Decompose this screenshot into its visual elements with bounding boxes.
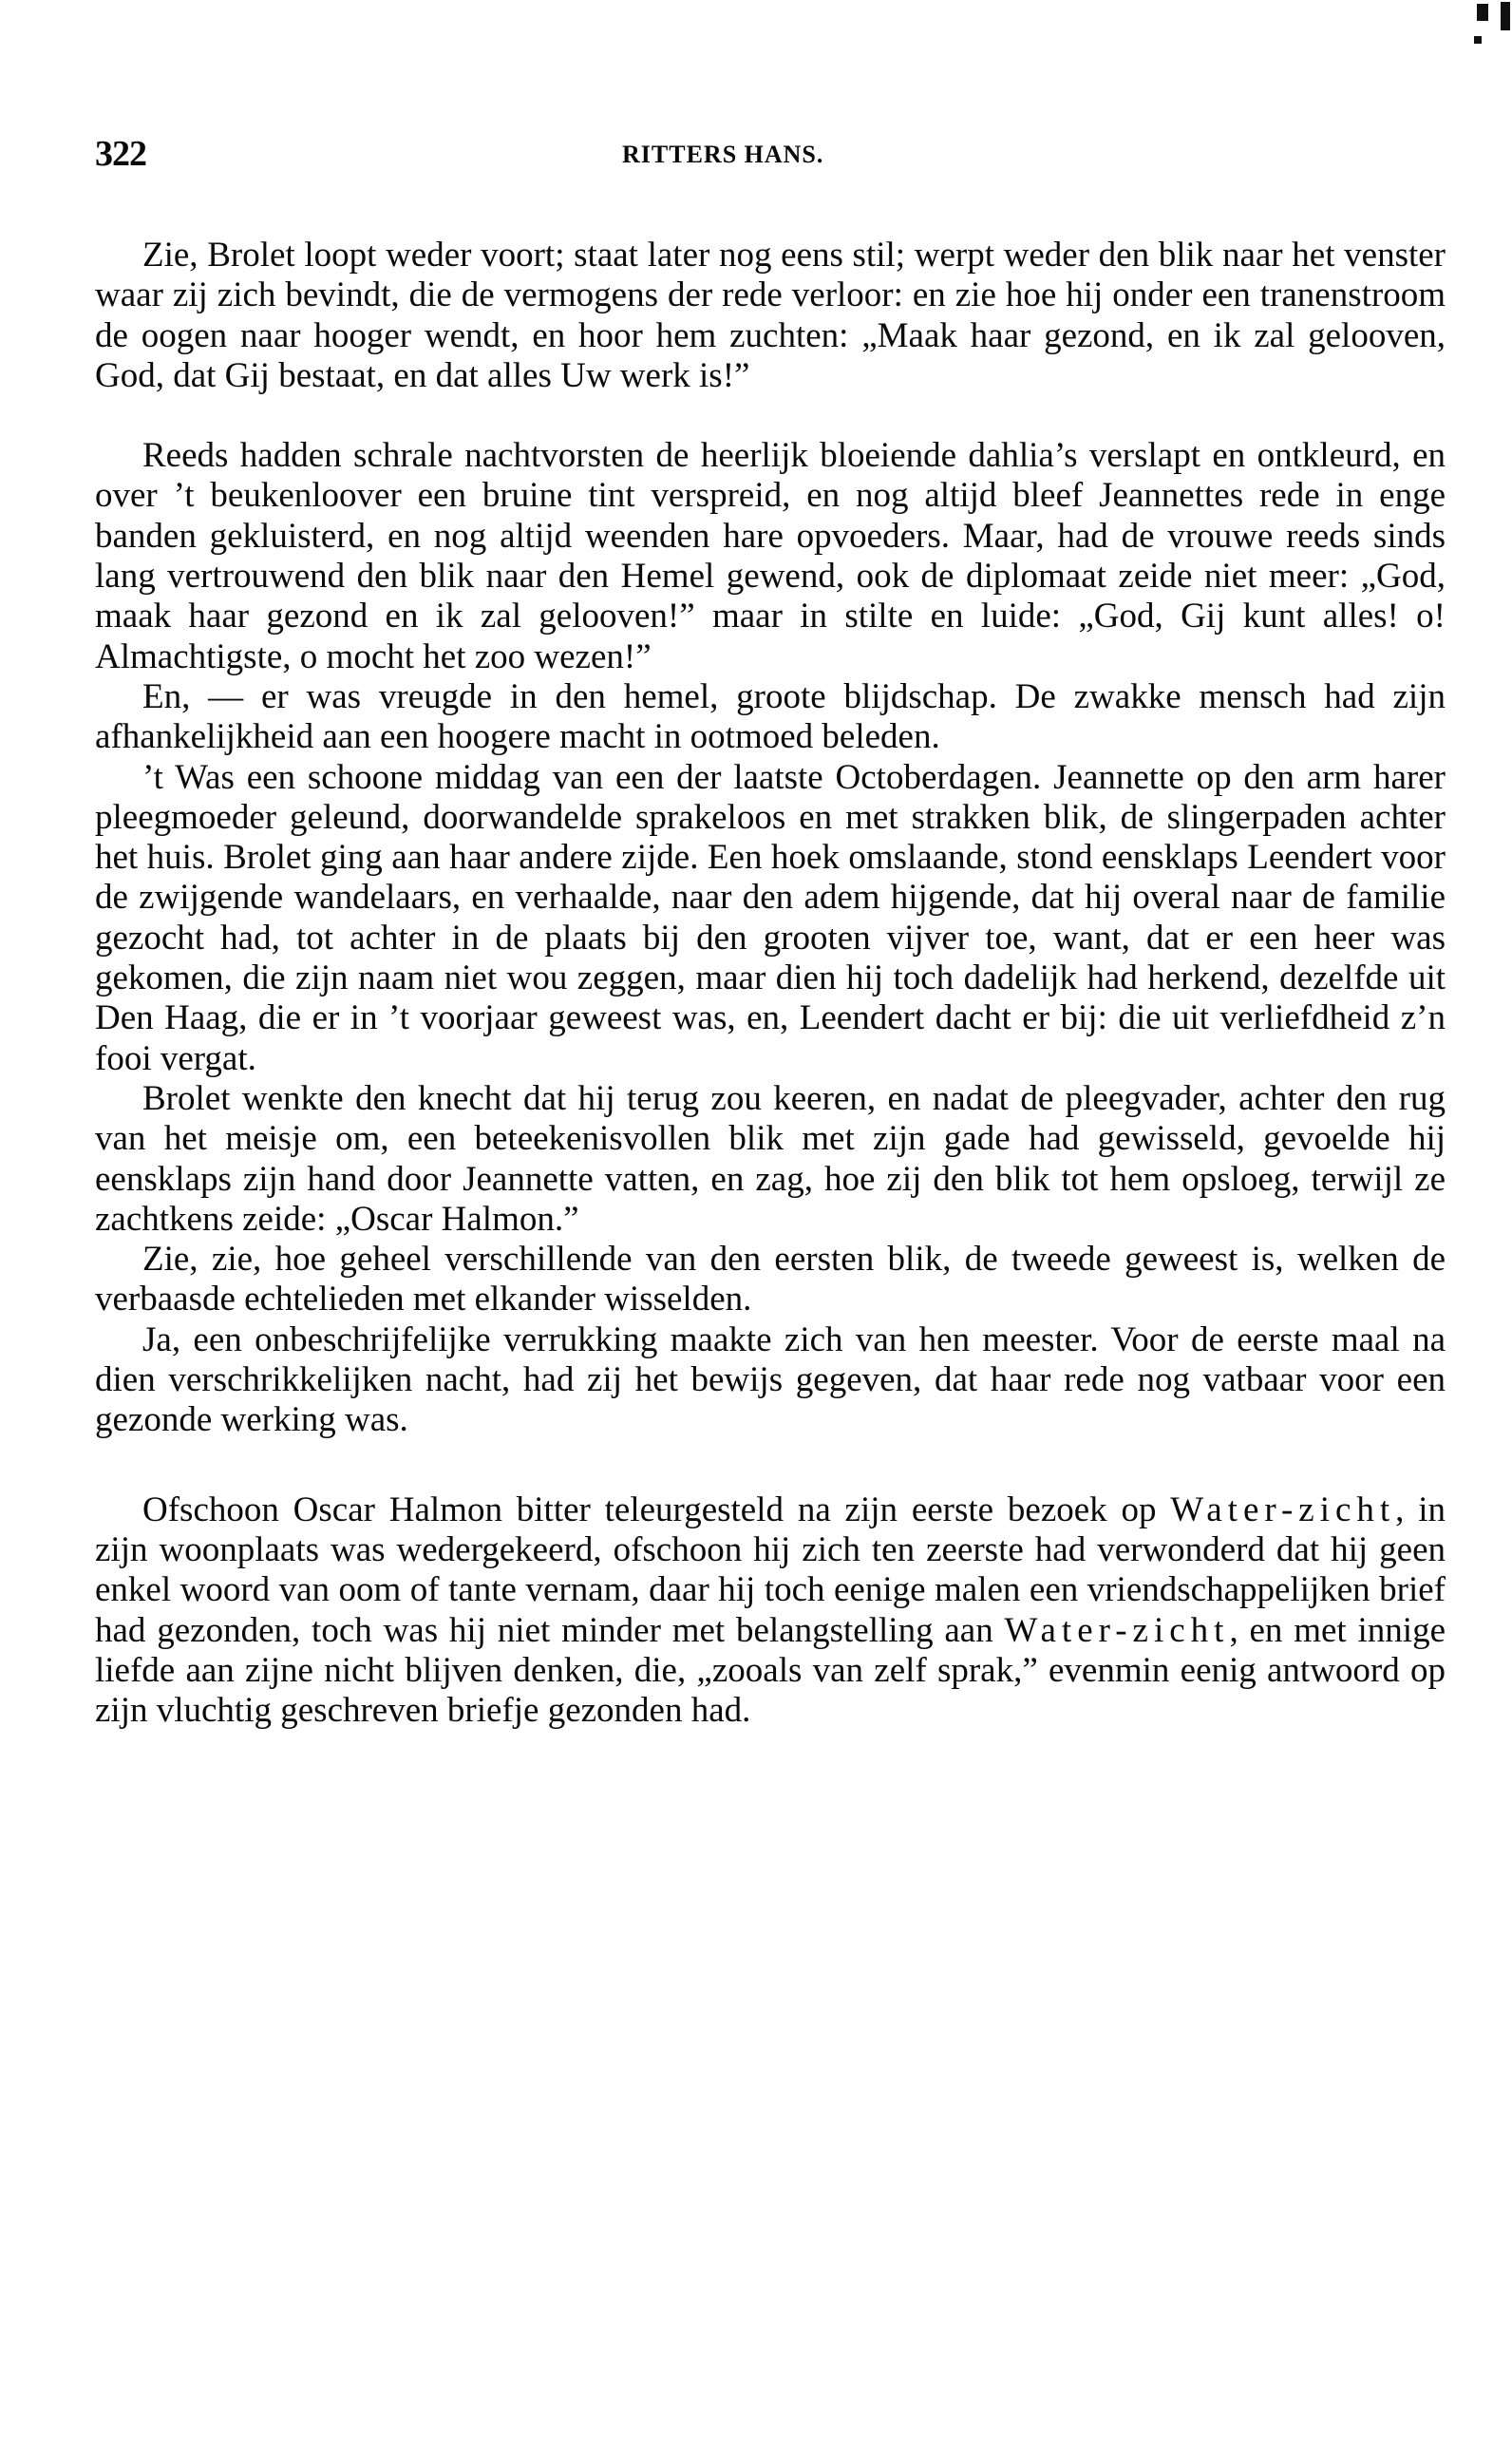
paragraph-2: Reeds hadden schrale nachtvorsten de hee… xyxy=(95,436,1446,677)
paragraph-1: Zie, Brolet loopt weder voort; staat lat… xyxy=(95,236,1446,396)
scan-artifact xyxy=(1474,36,1482,44)
page-number: 322 xyxy=(95,133,146,175)
scan-artifact xyxy=(1477,4,1488,21)
paragraph-8: Ofschoon Oscar Halmon bitter teleurgeste… xyxy=(95,1490,1446,1732)
paragraph-6: Zie, zie, hoe geheel verschillende van d… xyxy=(95,1240,1446,1320)
paragraph-3: En, — er was vreugde in den hemel, groot… xyxy=(95,677,1446,758)
running-title: RITTERS HANS. xyxy=(622,141,823,169)
paragraph-4: ’t Was een schoone middag van een der la… xyxy=(95,758,1446,1079)
paragraph-7: Ja, een onbeschrijfelijke verrukking maa… xyxy=(95,1320,1446,1441)
paragraph-5: Brolet wenkte den knecht dat hij terug z… xyxy=(95,1079,1446,1240)
place-name-water-zicht-2: Water-zicht xyxy=(1005,1611,1230,1650)
body-text: Zie, Brolet loopt weder voort; staat lat… xyxy=(95,236,1446,1731)
place-name-water-zicht: Water-zicht xyxy=(1170,1490,1395,1529)
scan-artifact xyxy=(1501,2,1510,30)
book-page: 322 RITTERS HANS. Zie, Brolet loopt wede… xyxy=(0,0,1512,2448)
paragraph-8-text-before: Ofschoon Oscar Halmon bitter teleurgeste… xyxy=(142,1490,1170,1529)
running-head: 322 RITTERS HANS. xyxy=(95,133,1444,180)
